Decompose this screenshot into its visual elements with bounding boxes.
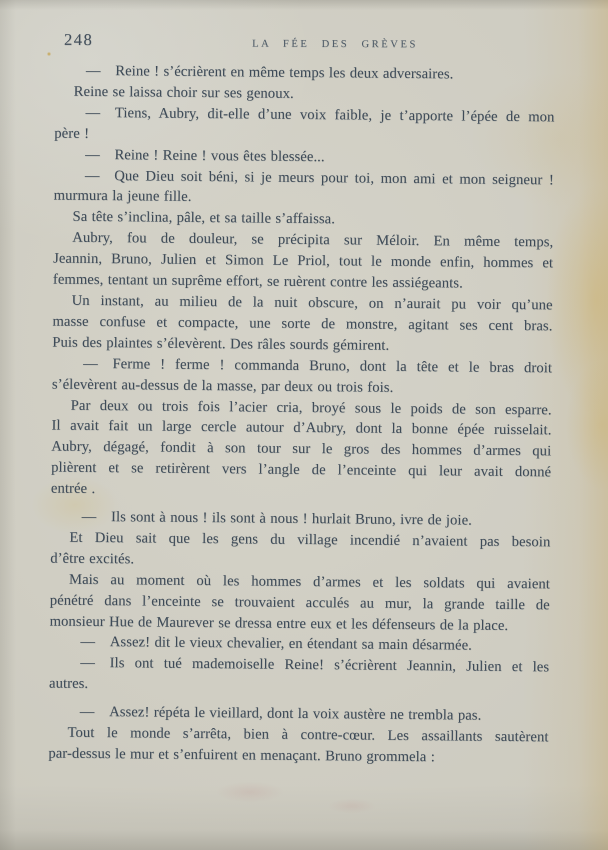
scanned-book-page: 248 LA FÉE DES GRÈVES — Reine ! s’écrièr… (0, 0, 608, 850)
running-title: LA FÉE DES GRÈVES (62, 38, 608, 51)
page-text: — Reine ! s’écrièrent en même temps les … (48, 61, 555, 770)
text-line: autres. (49, 674, 549, 700)
